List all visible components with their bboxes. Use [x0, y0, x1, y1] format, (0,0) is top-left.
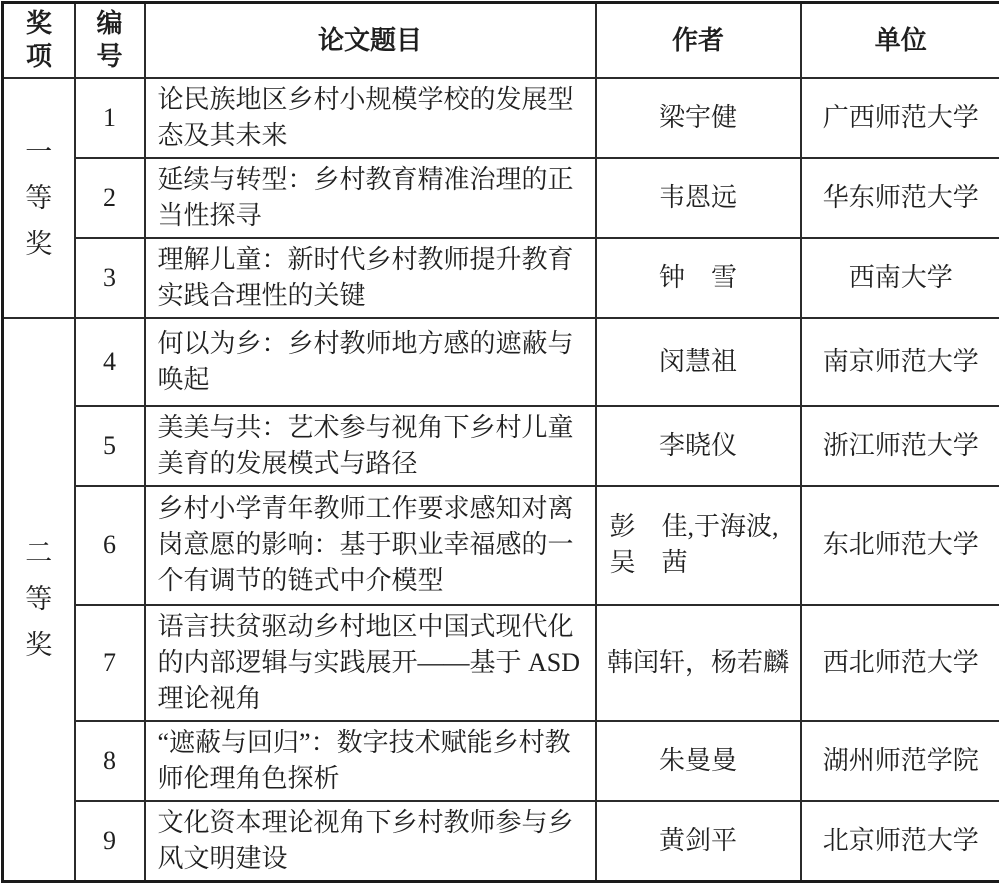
table-row: 6乡村小学青年教师工作要求感知对离岗意愿的影响：基于职业幸福感的一个有调节的链式…: [3, 486, 999, 605]
table-row: 8“遮蔽与回归”：数字技术赋能乡村教师伦理角色探析朱曼曼湖州师范学院: [3, 721, 999, 801]
cell-institution: 西北师范大学: [801, 605, 999, 721]
table-row: 5美美与共：艺术参与视角下乡村儿童美育的发展模式与路径李晓仪浙江师范大学: [3, 406, 999, 486]
cell-author: 闵慧祖: [596, 318, 801, 406]
cell-paper-title: 延续与转型：乡村教育精准治理的正当性探寻: [145, 158, 596, 238]
header-title: 论文题目: [145, 3, 596, 78]
table-row: 二等奖4何以为乡：乡村教师地方感的遮蔽与唤起闵慧祖南京师范大学: [3, 318, 999, 406]
cell-author: 梁宇健: [596, 78, 801, 158]
table-row: 2延续与转型：乡村教育精准治理的正当性探寻韦恩远华东师范大学: [3, 158, 999, 238]
cell-paper-title: 论民族地区乡村小规模学校的发展型态及其未来: [145, 78, 596, 158]
cell-author: 李晓仪: [596, 406, 801, 486]
cell-author: 彭 佳,于海波,吴 茜: [596, 486, 801, 605]
cell-institution: 广西师范大学: [801, 78, 999, 158]
table-body: 一等奖1论民族地区乡村小规模学校的发展型态及其未来梁宇健广西师范大学2延续与转型…: [3, 78, 999, 882]
cell-institution: 浙江师范大学: [801, 406, 999, 486]
header-row: 奖项 编号 论文题目 作者 单位: [3, 3, 999, 78]
cell-number: 1: [75, 78, 145, 158]
cell-institution: 西南大学: [801, 238, 999, 318]
header-author: 作者: [596, 3, 801, 78]
cell-number: 2: [75, 158, 145, 238]
header-institution: 单位: [801, 3, 999, 78]
cell-award-group: 一等奖: [3, 78, 75, 318]
cell-number: 9: [75, 801, 145, 882]
cell-paper-title: 美美与共：艺术参与视角下乡村儿童美育的发展模式与路径: [145, 406, 596, 486]
cell-paper-title: 理解儿童：新时代乡村教师提升教育实践合理性的关键: [145, 238, 596, 318]
cell-author: 韦恩远: [596, 158, 801, 238]
cell-paper-title: 乡村小学青年教师工作要求感知对离岗意愿的影响：基于职业幸福感的一个有调节的链式中…: [145, 486, 596, 605]
award-label: 一等奖: [25, 129, 52, 267]
cell-number: 4: [75, 318, 145, 406]
cell-author: 黄剑平: [596, 801, 801, 882]
cell-number: 5: [75, 406, 145, 486]
cell-institution: 湖州师范学院: [801, 721, 999, 801]
cell-paper-title: 何以为乡：乡村教师地方感的遮蔽与唤起: [145, 318, 596, 406]
table-row: 9文化资本理论视角下乡村教师参与乡风文明建设黄剑平北京师范大学: [3, 801, 999, 882]
header-number: 编号: [75, 3, 145, 78]
cell-author: 朱曼曼: [596, 721, 801, 801]
cell-award-group: 二等奖: [3, 318, 75, 882]
cell-institution: 东北师范大学: [801, 486, 999, 605]
cell-number: 8: [75, 721, 145, 801]
cell-paper-title: 语言扶贫驱动乡村地区中国式现代化的内部逻辑与实践展开——基于 ASD 理论视角: [145, 605, 596, 721]
cell-institution: 北京师范大学: [801, 801, 999, 882]
award-label: 二等奖: [25, 530, 52, 668]
document-page: 奖项 编号 论文题目 作者 单位 一等奖1论民族地区乡村小规模学校的发展型态及其…: [0, 0, 999, 840]
cell-number: 7: [75, 605, 145, 721]
cell-number: 3: [75, 238, 145, 318]
cell-paper-title: “遮蔽与回归”：数字技术赋能乡村教师伦理角色探析: [145, 721, 596, 801]
cell-paper-title: 文化资本理论视角下乡村教师参与乡风文明建设: [145, 801, 596, 882]
cell-author: 韩闰轩，杨若麟: [596, 605, 801, 721]
header-award: 奖项: [3, 3, 75, 78]
table-row: 7语言扶贫驱动乡村地区中国式现代化的内部逻辑与实践展开——基于 ASD 理论视角…: [3, 605, 999, 721]
table-row: 3理解儿童：新时代乡村教师提升教育实践合理性的关键钟 雪西南大学: [3, 238, 999, 318]
cell-number: 6: [75, 486, 145, 605]
cell-institution: 华东师范大学: [801, 158, 999, 238]
awards-table: 奖项 编号 论文题目 作者 单位 一等奖1论民族地区乡村小规模学校的发展型态及其…: [1, 1, 999, 883]
cell-institution: 南京师范大学: [801, 318, 999, 406]
table-row: 一等奖1论民族地区乡村小规模学校的发展型态及其未来梁宇健广西师范大学: [3, 78, 999, 158]
cell-author: 钟 雪: [596, 238, 801, 318]
